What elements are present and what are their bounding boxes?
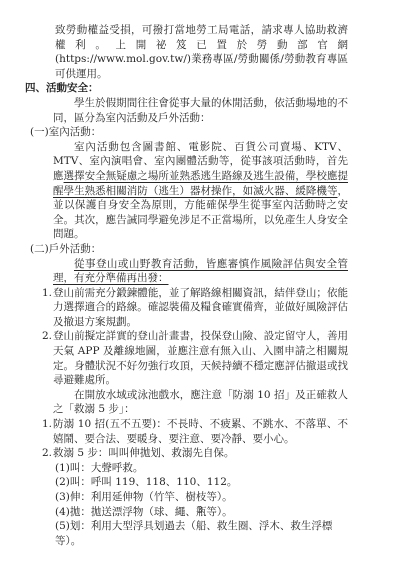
paragraph-outdoor-intro: 從事登山或山野教育活動，皆應審慎作風險評估與安全管理，有充分準備再出發： (53, 257, 348, 286)
list-marker: 2. (42, 446, 52, 461)
list-item-water-1: 1. 防溺 10 招(五不五要)：不長時、不疲累、不跳水、不落單、不嬉鬧、要合法… (53, 417, 348, 446)
outdoor-intro-underlined: 從事登山或山野教育活動，皆應審慎作風險評估與安全管理，有充分準備再出發： (53, 258, 348, 285)
list-item-mountain-2: 2. 登山前擬定詳實的登山計畫書，投保登山險、設定留守人，善用天氣 APP 及離… (53, 329, 348, 387)
rescue-step-3: (3)伸：利用延伸物（竹竿、樹枝等）。 (55, 490, 348, 505)
list-item-mountain-1: 1. 登山前需充分鍛鍊體能，並了解路線相關資訊，結伴登山；依能力選擇適合的路線。… (53, 286, 348, 330)
list-item-text: 登山前需充分鍛鍊體能，並了解路線相關資訊，結伴登山；依能力選擇適合的路線。確認裝… (53, 287, 348, 328)
list-marker: 1. (42, 286, 52, 301)
subsection-heading-outdoor: (二)戶外活動： (30, 242, 400, 257)
paragraph-labor-rights-carryover: 致勞動權益受損，可撥打當地勞工局電話，請求專人協助救濟權利。上開祕笈已置於勞動部… (55, 23, 348, 81)
document-page: 致勞動權益受損，可撥打當地勞工局電話，請求專人協助救濟權利。上開祕笈已置於勞動部… (0, 0, 400, 566)
indoor-text-underlined: 選擇安全無疑慮之場所並熟悉逃生路線及逃生設備，學校應提醒學生熟悉相關消防（逃生）… (53, 170, 348, 197)
list-item-text: 防溺 10 招(五不五要)：不長時、不疲累、不跳水、不落單、不嬉鬧、要合法、要暖… (53, 418, 348, 445)
rescue-step-5: (5)划：利用大型浮具划過去（船、救生圈、浮木、救生浮標等）。 (55, 519, 348, 548)
list-item-text: 登山前擬定詳實的登山計畫書，投保登山險、設定留守人，善用天氣 APP 及離線地圖… (53, 330, 348, 386)
list-item-water-2: 2. 救溺 5 步：叫叫伸拋划、救溺先自保。 (53, 446, 348, 461)
list-item-text: 救溺 5 步：叫叫伸拋划、救溺先自保。 (53, 447, 234, 459)
document-content: 致勞動權益受損，可撥打當地勞工局電話，請求專人協助救濟權利。上開祕笈已置於勞動部… (0, 23, 400, 548)
subsection-heading-indoor: (一)室內活動： (30, 125, 400, 140)
rescue-step-1: (1)叫：大聲呼救。 (55, 461, 348, 476)
list-marker: 2. (42, 329, 52, 344)
rescue-step-2: (2)叫：呼叫 119、118、110、112。 (55, 475, 348, 490)
page-number: 3 (0, 505, 400, 517)
section-heading-activity-safety: 四、活動安全： (25, 81, 400, 96)
paragraph-indoor-activities: 室內活動包含圖書館、電影院、百貨公司賣場、KTV、MTV、室內演唱會、室內團體活… (53, 140, 348, 242)
paragraph-water-intro: 在開放水域或泳池戲水，應注意「防溺 10 招」及正確救人之「救溺 5 步」： (53, 388, 348, 417)
paragraph-activity-intro: 學生於假期間往往會從事大量的休閒活動，依活動場地的不同，區分為室內活動及戶外活動… (53, 96, 348, 125)
list-marker: 1. (42, 417, 52, 432)
